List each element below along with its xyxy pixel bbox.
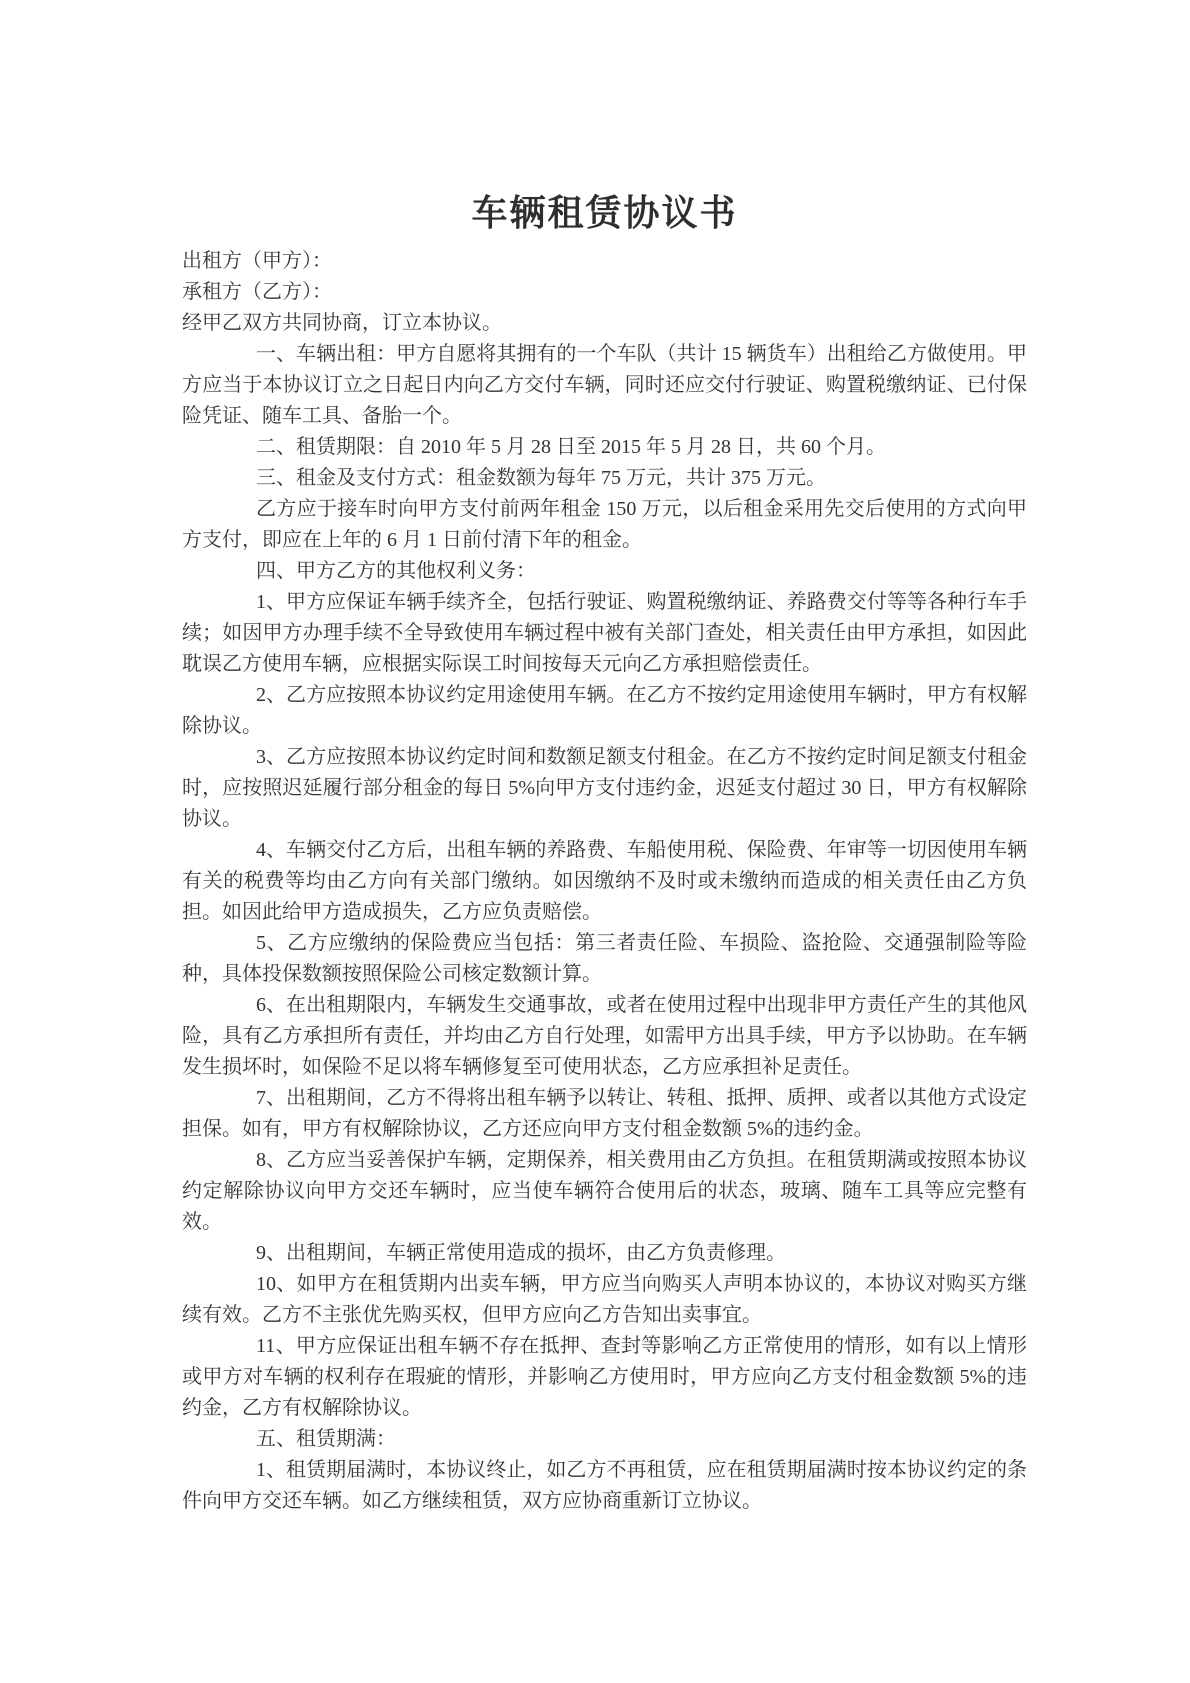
clause-4-item-7: 7、出租期间，乙方不得将出租车辆予以转让、转租、抵押、质押、或者以其他方式设定担… <box>182 1083 1027 1145</box>
clause-1-vehicle-rental: 一、车辆出租：甲方自愿将其拥有的一个车队（共计 15 辆货车）出租给乙方做使用。… <box>182 339 1027 432</box>
document-title: 车辆租赁协议书 <box>182 188 1027 238</box>
clause-4-item-1: 1、甲方应保证车辆手续齐全，包括行驶证、购置税缴纳证、养路费交付等等各种行车手续… <box>182 587 1027 680</box>
clause-4-item-9: 9、出租期间，车辆正常使用造成的损坏，由乙方负责修理。 <box>182 1238 1027 1269</box>
clause-4-item-11: 11、甲方应保证出租车辆不存在抵押、查封等影响乙方正常使用的情形，如有以上情形或… <box>182 1331 1027 1424</box>
clause-4-item-3: 3、乙方应按照本协议约定时间和数额足额支付租金。在乙方不按约定时间足额支付租金时… <box>182 742 1027 835</box>
clause-2-lease-term: 二、租赁期限：自 2010 年 5 月 28 日至 2015 年 5 月 28 … <box>182 432 1027 463</box>
clause-4-item-6: 6、在出租期限内，车辆发生交通事故，或者在使用过程中出现非甲方责任产生的其他风险… <box>182 990 1027 1083</box>
contract-document-page: 车辆租赁协议书 出租方（甲方）： 承租方（乙方）： 经甲乙双方共同协商，订立本协… <box>0 0 1190 1683</box>
clause-3-rent-and-payment: 三、租金及支付方式：租金数额为每年 75 万元，共计 375 万元。 <box>182 463 1027 494</box>
lessor-line: 出租方（甲方）： <box>182 246 1027 277</box>
clause-4-item-2: 2、乙方应按照本协议约定用途使用车辆。在乙方不按约定用途使用车辆时，甲方有权解除… <box>182 680 1027 742</box>
clause-4-item-10: 10、如甲方在租赁期内出卖车辆，甲方应当向购买人声明本协议的，本协议对购买方继续… <box>182 1269 1027 1331</box>
clause-3-payment-detail: 乙方应于接车时向甲方支付前两年租金 150 万元，以后租金采用先交后使用的方式向… <box>182 494 1027 556</box>
clause-4-item-8: 8、乙方应当妥善保护车辆，定期保养，相关费用由乙方负担。在租赁期满或按照本协议约… <box>182 1145 1027 1238</box>
clause-4-heading: 四、甲方乙方的其他权利义务： <box>182 556 1027 587</box>
preamble-line: 经甲乙双方共同协商，订立本协议。 <box>182 308 1027 339</box>
lessee-line: 承租方（乙方）： <box>182 277 1027 308</box>
clause-4-item-4: 4、车辆交付乙方后，出租车辆的养路费、车船使用税、保险费、年审等一切因使用车辆有… <box>182 835 1027 928</box>
clause-5-heading: 五、租赁期满： <box>182 1424 1027 1455</box>
clause-4-item-5: 5、乙方应缴纳的保险费应当包括：第三者责任险、车损险、盗抢险、交通强制险等险种，… <box>182 928 1027 990</box>
clause-5-item-1: 1、租赁期届满时，本协议终止，如乙方不再租赁，应在租赁期届满时按本协议约定的条件… <box>182 1455 1027 1517</box>
